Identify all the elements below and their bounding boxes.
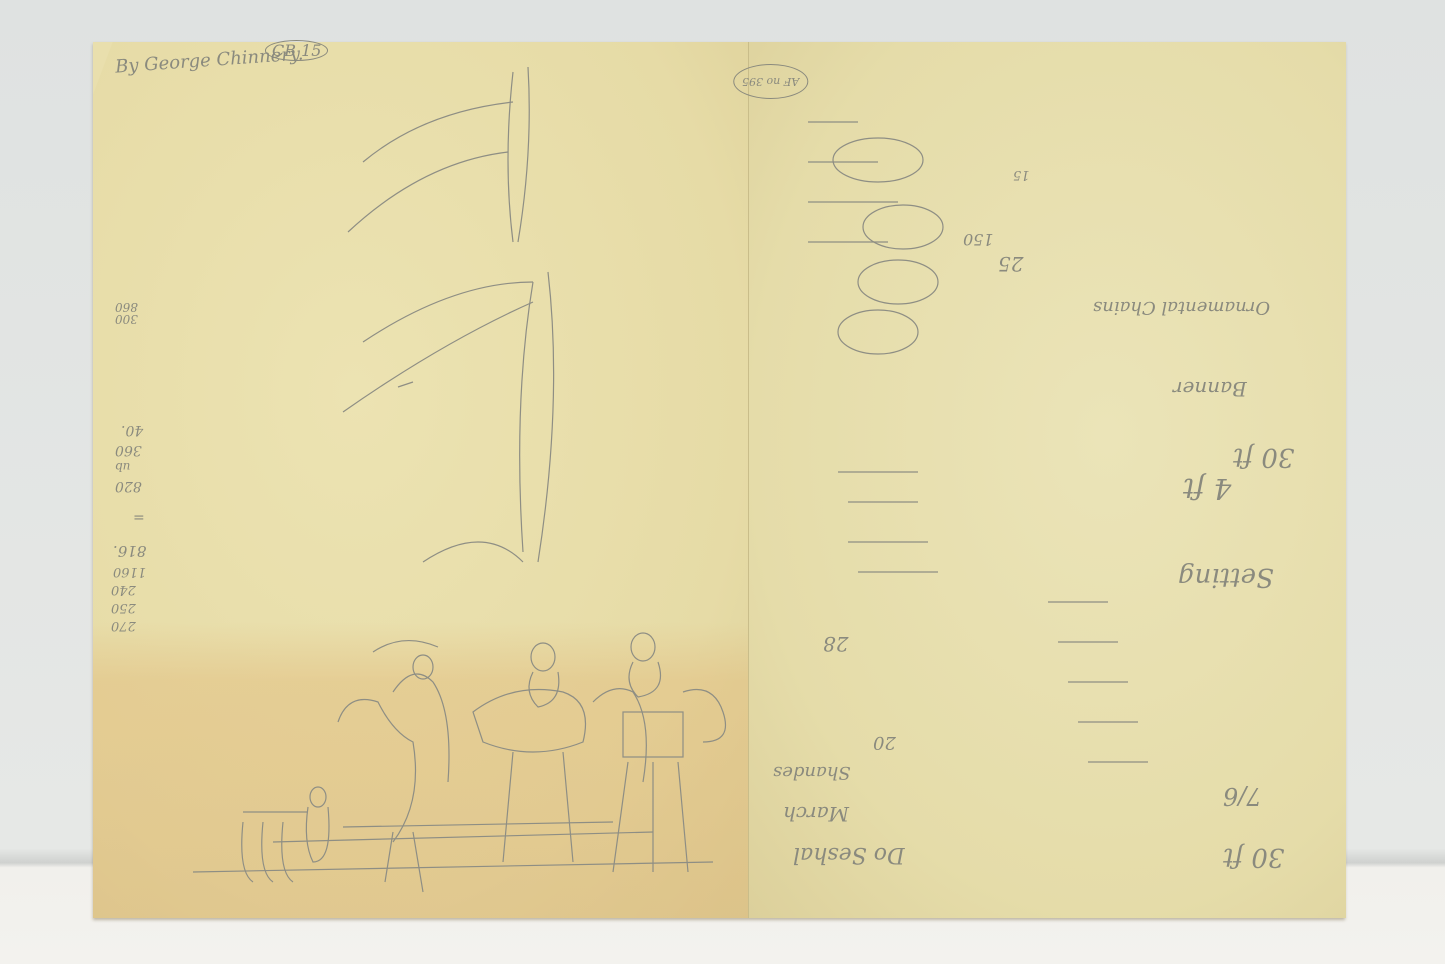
handwritten-list-lines <box>748 42 1345 918</box>
sketch-sheet: By George Chinnery. CB 15 AF no 395 860 … <box>93 42 1345 918</box>
ship-sails-sketch <box>343 67 554 562</box>
pencil-sketch-drawing <box>93 42 748 918</box>
camel-caravan-sketch <box>193 633 726 892</box>
